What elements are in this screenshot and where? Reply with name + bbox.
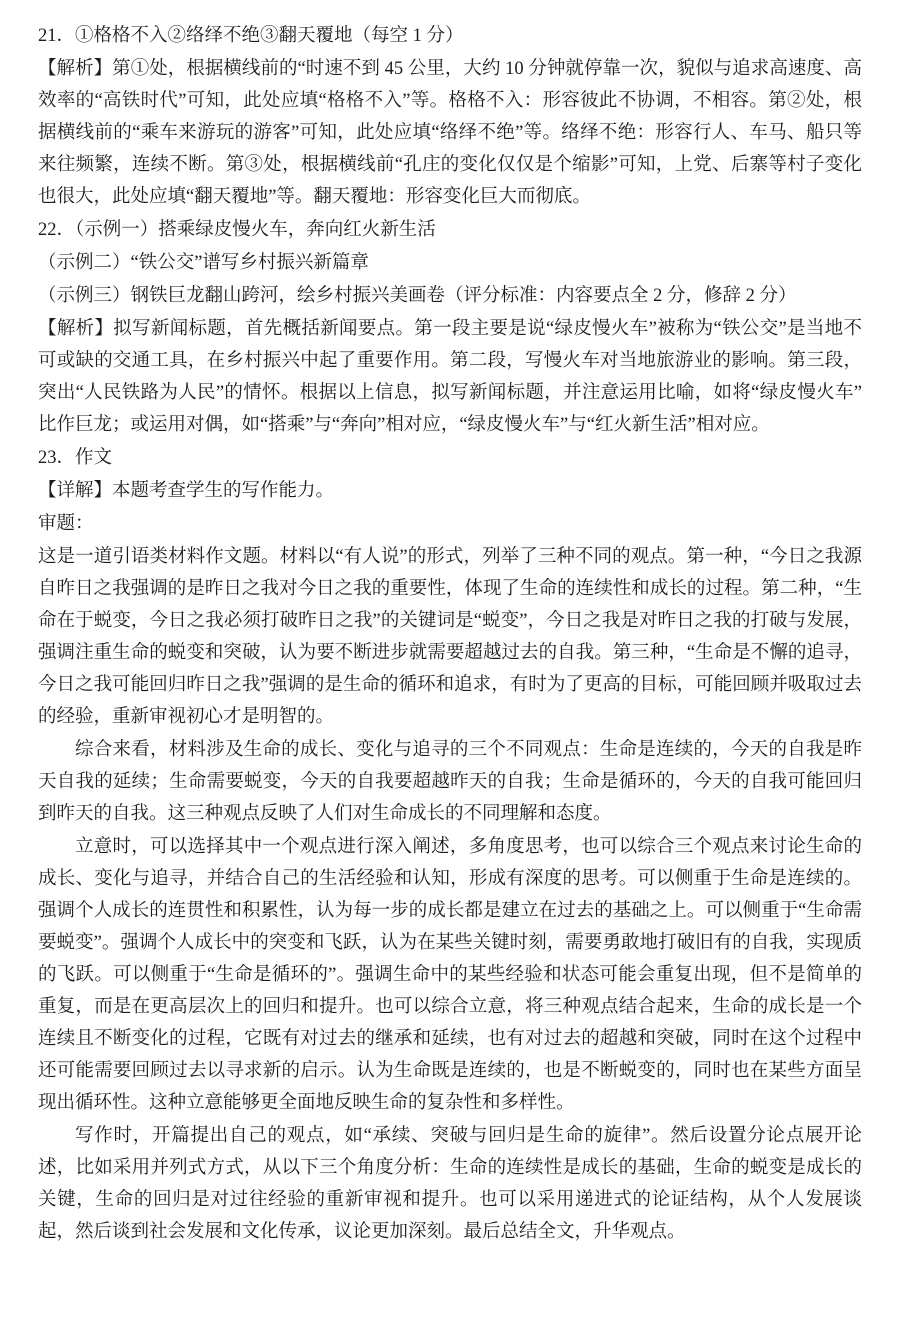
paragraph-q23-liyi-para: 立意时，可以选择其中一个观点进行深入阐述，多角度思考，也可以综合三个观点来讨论生…	[38, 831, 862, 1119]
paragraph-q23-xiezuo-para: 写作时，开篇提出自己的观点，如“承续、突破与回归是生命的旋律”。然后设置分论点展…	[38, 1120, 862, 1248]
paragraph-q22-answer-example-3: （示例三）钢铁巨龙翻山跨河，绘乡村振兴美画卷（评分标准：内容要点全 2 分，修辞…	[38, 280, 862, 312]
paragraph-q23-detail-intro: 【详解】本题考查学生的写作能力。	[38, 475, 862, 507]
document-page: 21．①格格不入②络绎不绝③翻天覆地（每空 1 分）【解析】第①处，根据横线前的…	[0, 0, 900, 1324]
paragraph-q23-shenti-para-2: 综合来看，材料涉及生命的成长、变化与追寻的三个不同观点：生命是连续的，今天的自我…	[38, 734, 862, 830]
paragraph-q22-answer-example-2: （示例二）“铁公交”谱写乡村振兴新篇章	[38, 247, 862, 279]
paragraph-q21-analysis: 【解析】第①处，根据横线前的“时速不到 45 公里，大约 10 分钟就停靠一次，…	[38, 53, 862, 213]
paragraph-q23-shenti-para-1: 这是一道引语类材料作文题。材料以“有人说”的形式，列举了三种不同的观点。第一种，…	[38, 541, 862, 733]
paragraph-q22-answer-example-1: 22．（示例一）搭乘绿皮慢火车，奔向红火新生活	[38, 214, 862, 246]
paragraph-q23-heading: 23．作文	[38, 442, 862, 474]
paragraph-q22-analysis: 【解析】拟写新闻标题，首先概括新闻要点。第一段主要是说“绿皮慢火车”被称为“铁公…	[38, 313, 862, 441]
paragraph-q23-shenti-label: 审题：	[38, 508, 862, 540]
paragraph-q21-answer: 21．①格格不入②络绎不绝③翻天覆地（每空 1 分）	[38, 20, 862, 52]
document-body: 21．①格格不入②络绎不绝③翻天覆地（每空 1 分）【解析】第①处，根据横线前的…	[38, 20, 862, 1248]
